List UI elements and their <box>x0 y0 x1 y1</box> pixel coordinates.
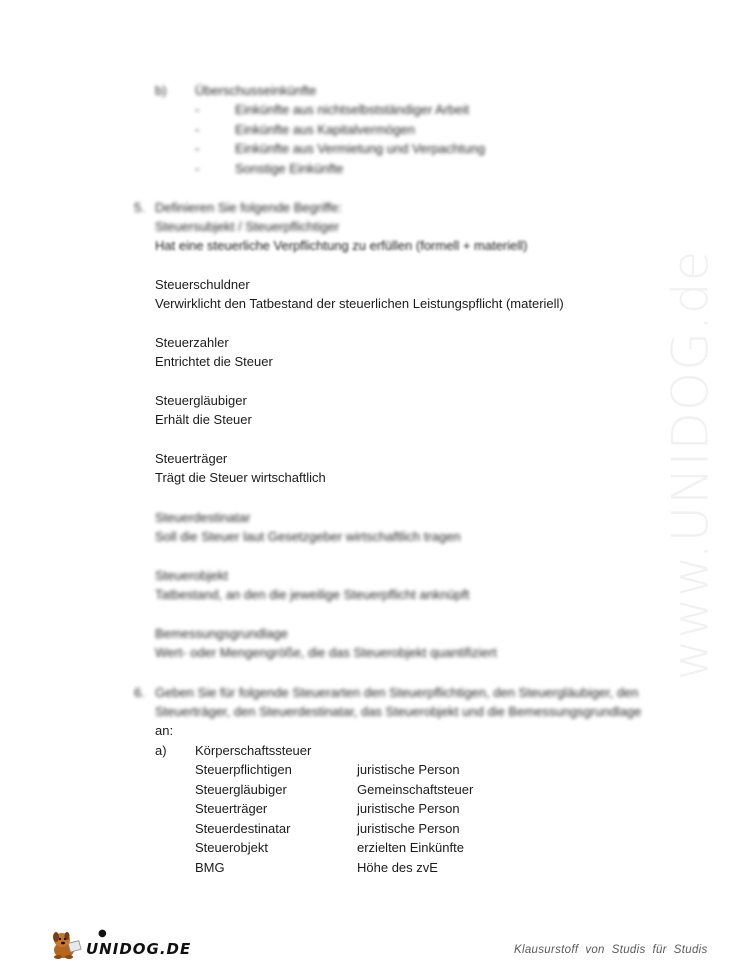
question-5-prompt: Definieren Sie folgende Begriffe: <box>155 200 342 216</box>
term-definition: Entrichtet die Steuer <box>155 354 273 370</box>
row-label: Steuergläubiger <box>195 782 287 798</box>
list-item: Einkünfte aus Vermietung und Verpachtung <box>235 141 485 157</box>
term-definition: Verwirklicht den Tatbestand der steuerli… <box>155 296 564 312</box>
row-value: Gemeinschaftsteuer <box>357 782 473 798</box>
term-definition: Hat eine steuerliche Verpflichtung zu er… <box>155 238 527 254</box>
list-item: Einkünfte aus nichtselbstständiger Arbei… <box>235 102 469 118</box>
question-5-number: 5. <box>134 200 145 216</box>
term-label: Bemessungsgrundlage <box>155 626 288 642</box>
document-page: www.UNIDOG.de b) Überschusseinkünfte - E… <box>0 0 750 971</box>
section-b-marker: b) <box>155 83 167 99</box>
term-definition: Tatbestand, an den die jeweilige Steuerp… <box>155 587 469 603</box>
term-label: Steuersubjekt / Steuerpflichtiger <box>155 219 339 235</box>
row-value: juristische Person <box>357 762 460 778</box>
row-value: juristische Person <box>357 801 460 817</box>
part-a-title: Körperschaftssteuer <box>195 743 311 759</box>
unidog-logo: ● UNIDOG.DE <box>50 926 191 960</box>
term-label: Steuerdestinatar <box>155 510 250 526</box>
paw-icon: ● <box>98 928 108 939</box>
question-6-prompt-line1: Geben Sie für folgende Steuerarten den S… <box>155 685 639 701</box>
watermark: www.UNIDOG.de <box>650 255 730 675</box>
term-definition: Trägt die Steuer wirtschaftlich <box>155 470 326 486</box>
term-label: Steuerobjekt <box>155 568 228 584</box>
row-label: Steuerdestinatar <box>195 821 290 837</box>
bullet-dash: - <box>195 122 199 138</box>
term-label: Steuerträger <box>155 451 227 467</box>
term-definition: Wert- oder Mengengröße, die das Steuerob… <box>155 645 497 661</box>
footer-tagline: Klausurstoff von Studis für Studis <box>514 944 708 956</box>
logo-text: ● UNIDOG.DE <box>86 940 191 958</box>
bullet-dash: - <box>195 102 199 118</box>
logo-wordmark: UNIDOG.DE <box>86 940 191 958</box>
question-6-prompt-line3: an: <box>155 723 173 739</box>
term-definition: Soll die Steuer laut Gesetzgeber wirtsch… <box>155 529 461 545</box>
row-label: Steuerpflichtigen <box>195 762 292 778</box>
section-b-title: Überschusseinkünfte <box>195 83 316 99</box>
term-label: Steuerzahler <box>155 335 229 351</box>
bullet-dash: - <box>195 141 199 157</box>
term-definition: Erhält die Steuer <box>155 412 252 428</box>
part-a-marker: a) <box>155 743 167 759</box>
dog-mascot-icon <box>50 928 84 960</box>
list-item: Sonstige Einkünfte <box>235 161 343 177</box>
question-6-prompt-line2: Steuerträger, den Steuerdestinatar, das … <box>155 704 641 720</box>
row-value: juristische Person <box>357 821 460 837</box>
row-label: BMG <box>195 860 225 876</box>
list-item: Einkünfte aus Kapitalvermögen <box>235 122 415 138</box>
term-label: Steuerschuldner <box>155 277 250 293</box>
watermark-text: www.UNIDOG.de <box>661 250 719 681</box>
question-6-number: 6. <box>134 685 145 701</box>
row-value: erzielten Einkünfte <box>357 840 464 856</box>
bullet-dash: - <box>195 161 199 177</box>
row-label: Steuerobjekt <box>195 840 268 856</box>
row-label: Steuerträger <box>195 801 267 817</box>
term-label: Steuergläubiger <box>155 393 247 409</box>
row-value: Höhe des zvE <box>357 860 438 876</box>
